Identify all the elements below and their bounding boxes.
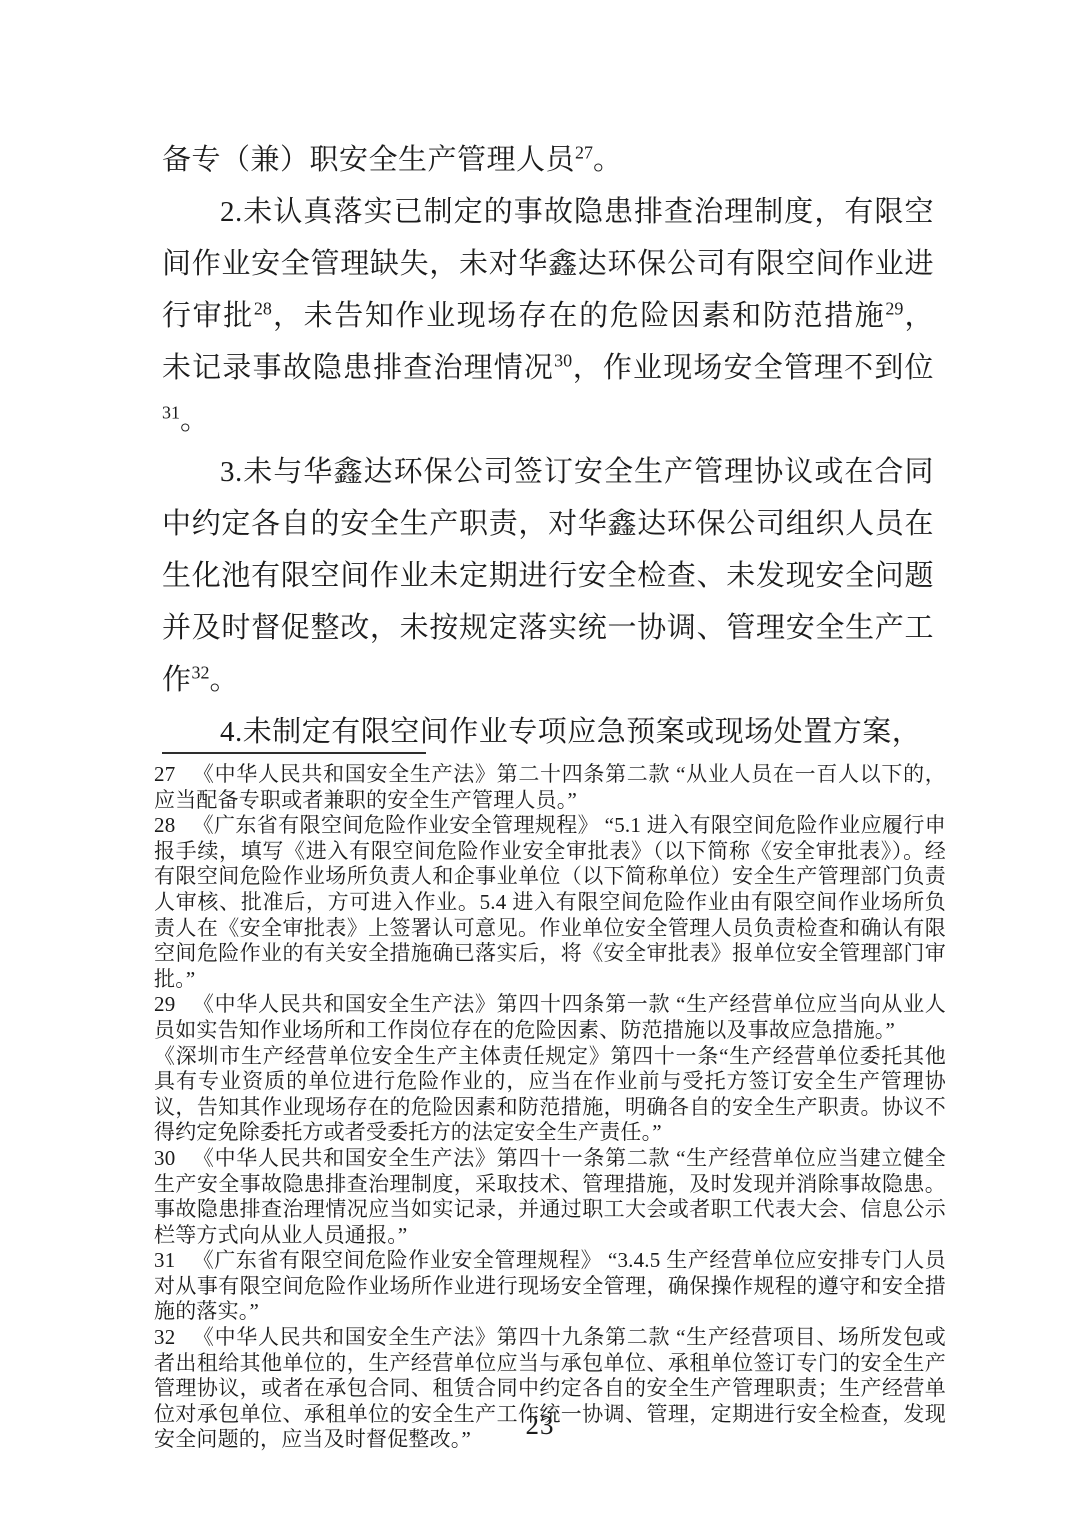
footnote-ref: 28 <box>254 298 272 318</box>
footnote-item: 31《广东省有限空间危险作业安全管理规程》 “3.4.5 生产经营单位应安排专门… <box>154 1248 946 1325</box>
body-text: 备专（兼）职安全生产管理人员27。2.未认真落实已制定的事故隐患排查治理制度，有… <box>162 134 934 758</box>
footnote-number: 32 <box>154 1325 175 1349</box>
footnote-item: 28《广东省有限空间危险作业安全管理规程》 “5.1 进入有限空间危险作业应履行… <box>154 813 946 992</box>
body-paragraph: 3.未与华鑫达环保公司签订安全生产管理协议或在合同中约定各自的安全生产职责，对华… <box>162 446 934 706</box>
footnote-item: 《深圳市生产经营单位安全生产主体责任规定》第四十一条“生产经营单位委托其他具有专… <box>154 1044 946 1146</box>
footnote-number: 27 <box>154 762 175 786</box>
footnote-ref: 32 <box>192 662 210 682</box>
footnote-ref: 31 <box>162 402 180 422</box>
footnotes-list: 27《中华人民共和国安全生产法》第二十四条第二款 “从业人员在一百人以下的，应当… <box>154 762 946 1453</box>
footnote-item: 27《中华人民共和国安全生产法》第二十四条第二款 “从业人员在一百人以下的，应当… <box>154 762 946 813</box>
body-paragraph: 4.未制定有限空间作业专项应急预案或现场处置方案， <box>162 706 934 758</box>
footnote-separator <box>162 752 426 754</box>
footnote-number: 30 <box>154 1146 175 1170</box>
footnote-number: 28 <box>154 813 175 837</box>
footnote-number: 31 <box>154 1248 175 1272</box>
footnote-item: 29《中华人民共和国安全生产法》第四十四条第一款 “生产经营单位应当向从业人员如… <box>154 992 946 1043</box>
document-page: 备专（兼）职安全生产管理人员27。2.未认真落实已制定的事故隐患排查治理制度，有… <box>0 0 1080 1527</box>
footnote-number: 29 <box>154 992 175 1016</box>
footnote-ref: 30 <box>554 350 572 370</box>
body-paragraph: 2.未认真落实已制定的事故隐患排查治理制度，有限空间作业安全管理缺失，未对华鑫达… <box>162 186 934 446</box>
footnote-item: 30《中华人民共和国安全生产法》第四十一条第二款 “生产经营单位应当建立健全生产… <box>154 1146 946 1248</box>
footnote-ref: 27 <box>575 142 593 162</box>
body-paragraph: 备专（兼）职安全生产管理人员27。 <box>162 134 934 186</box>
footnote-ref: 29 <box>885 298 903 318</box>
page-number: 23 <box>0 1410 1080 1441</box>
